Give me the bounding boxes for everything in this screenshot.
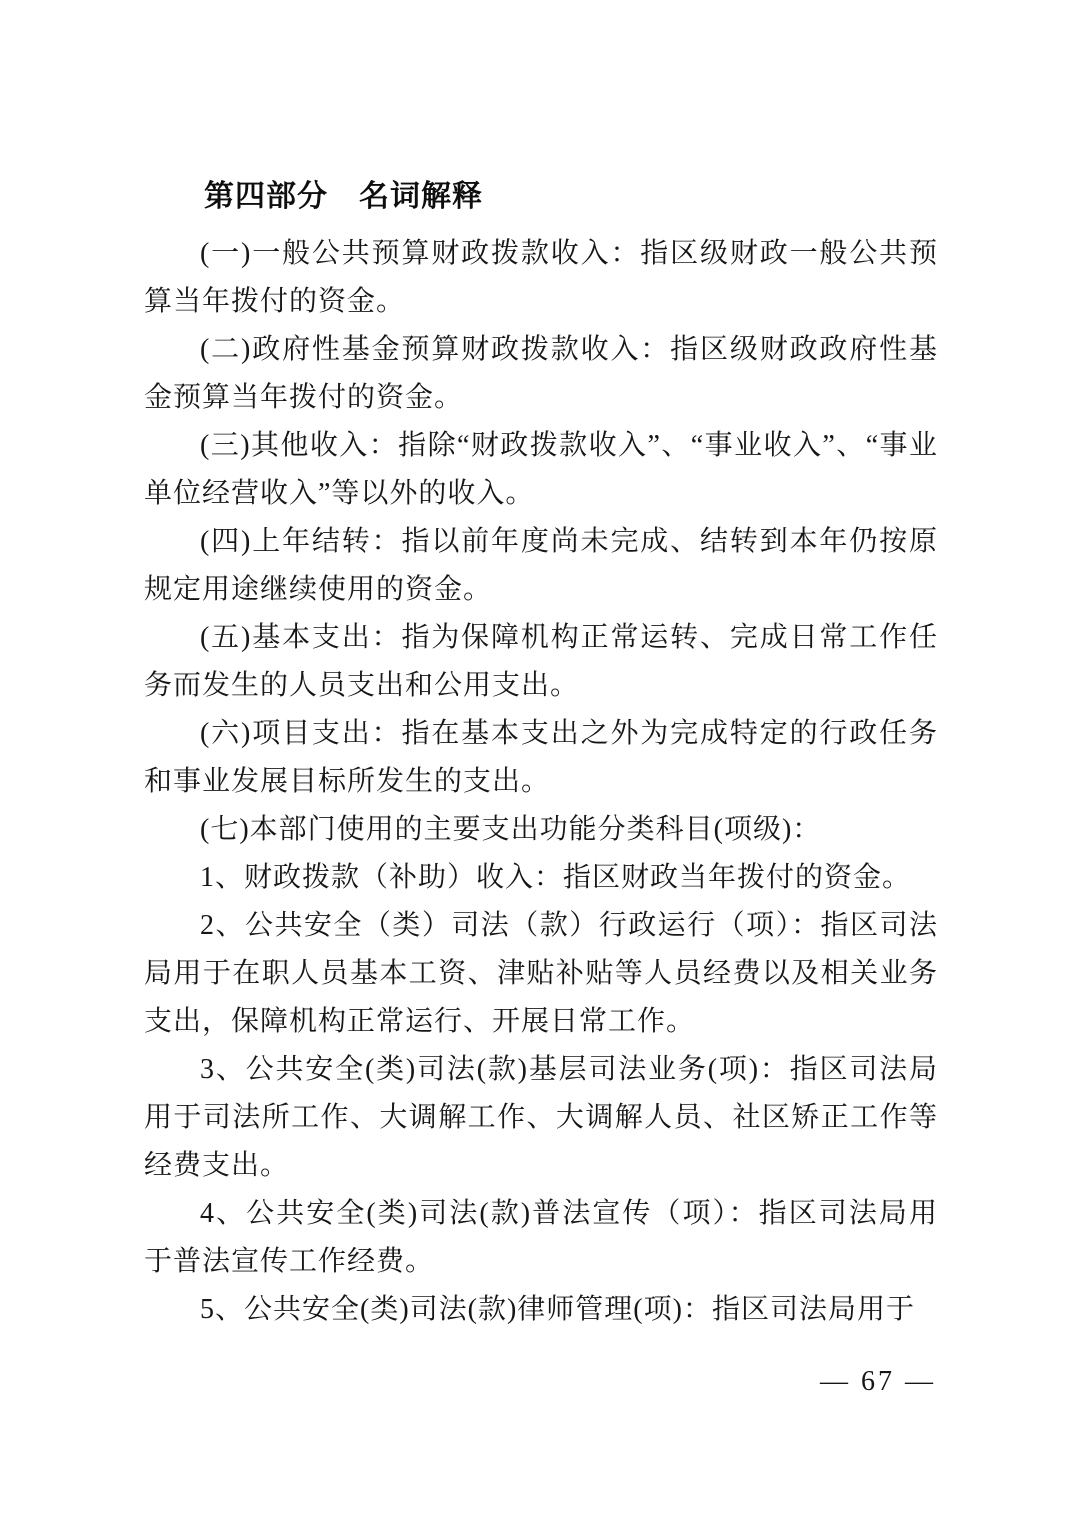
paragraph-subitem-4: 4、公共安全(类)司法(款)普法宣传（项）：指区司法局用于普法宣传工作经费。	[144, 1190, 938, 1286]
paragraph-definition-7: (七)本部门使用的主要支出功能分类科目(项级)：	[144, 806, 938, 854]
paragraph-subitem-5: 5、公共安全(类)司法(款)律师管理(项)：指区司法局用于	[144, 1286, 938, 1334]
document-page: 第四部分 名词解释 (一)一般公共预算财政拨款收入：指区级财政一般公共预算当年拨…	[0, 0, 1074, 1520]
paragraph-definition-2: (二)政府性基金预算财政拨款收入：指区级财政政府性基金预算当年拨付的资金。	[144, 326, 938, 422]
paragraph-definition-3: (三)其他收入：指除“财政拨款收入”、“事业收入”、“事业单位经营收入”等以外的…	[144, 422, 938, 518]
page-number: — 67 —	[820, 1366, 936, 1398]
paragraph-definition-6: (六)项目支出：指在基本支出之外为完成特定的行政任务和事业发展目标所发生的支出。	[144, 710, 938, 806]
paragraph-subitem-2: 2、公共安全（类）司法（款）行政运行（项）：指区司法局用于在职人员基本工资、津贴…	[144, 902, 938, 1046]
paragraph-definition-1: (一)一般公共预算财政拨款收入：指区级财政一般公共预算当年拨付的资金。	[144, 230, 938, 326]
paragraph-definition-5: (五)基本支出：指为保障机构正常运转、完成日常工作任务而发生的人员支出和公用支出…	[144, 614, 938, 710]
paragraph-subitem-1: 1、财政拨款（补助）收入：指区财政当年拨付的资金。	[144, 854, 938, 902]
paragraph-subitem-3: 3、公共安全(类)司法(款)基层司法业务(项)：指区司法局用于司法所工作、大调解…	[144, 1046, 938, 1190]
section-heading: 第四部分 名词解释	[144, 172, 938, 222]
paragraph-definition-4: (四)上年结转：指以前年度尚未完成、结转到本年仍按原规定用途继续使用的资金。	[144, 518, 938, 614]
document-content: 第四部分 名词解释 (一)一般公共预算财政拨款收入：指区级财政一般公共预算当年拨…	[144, 172, 938, 1334]
